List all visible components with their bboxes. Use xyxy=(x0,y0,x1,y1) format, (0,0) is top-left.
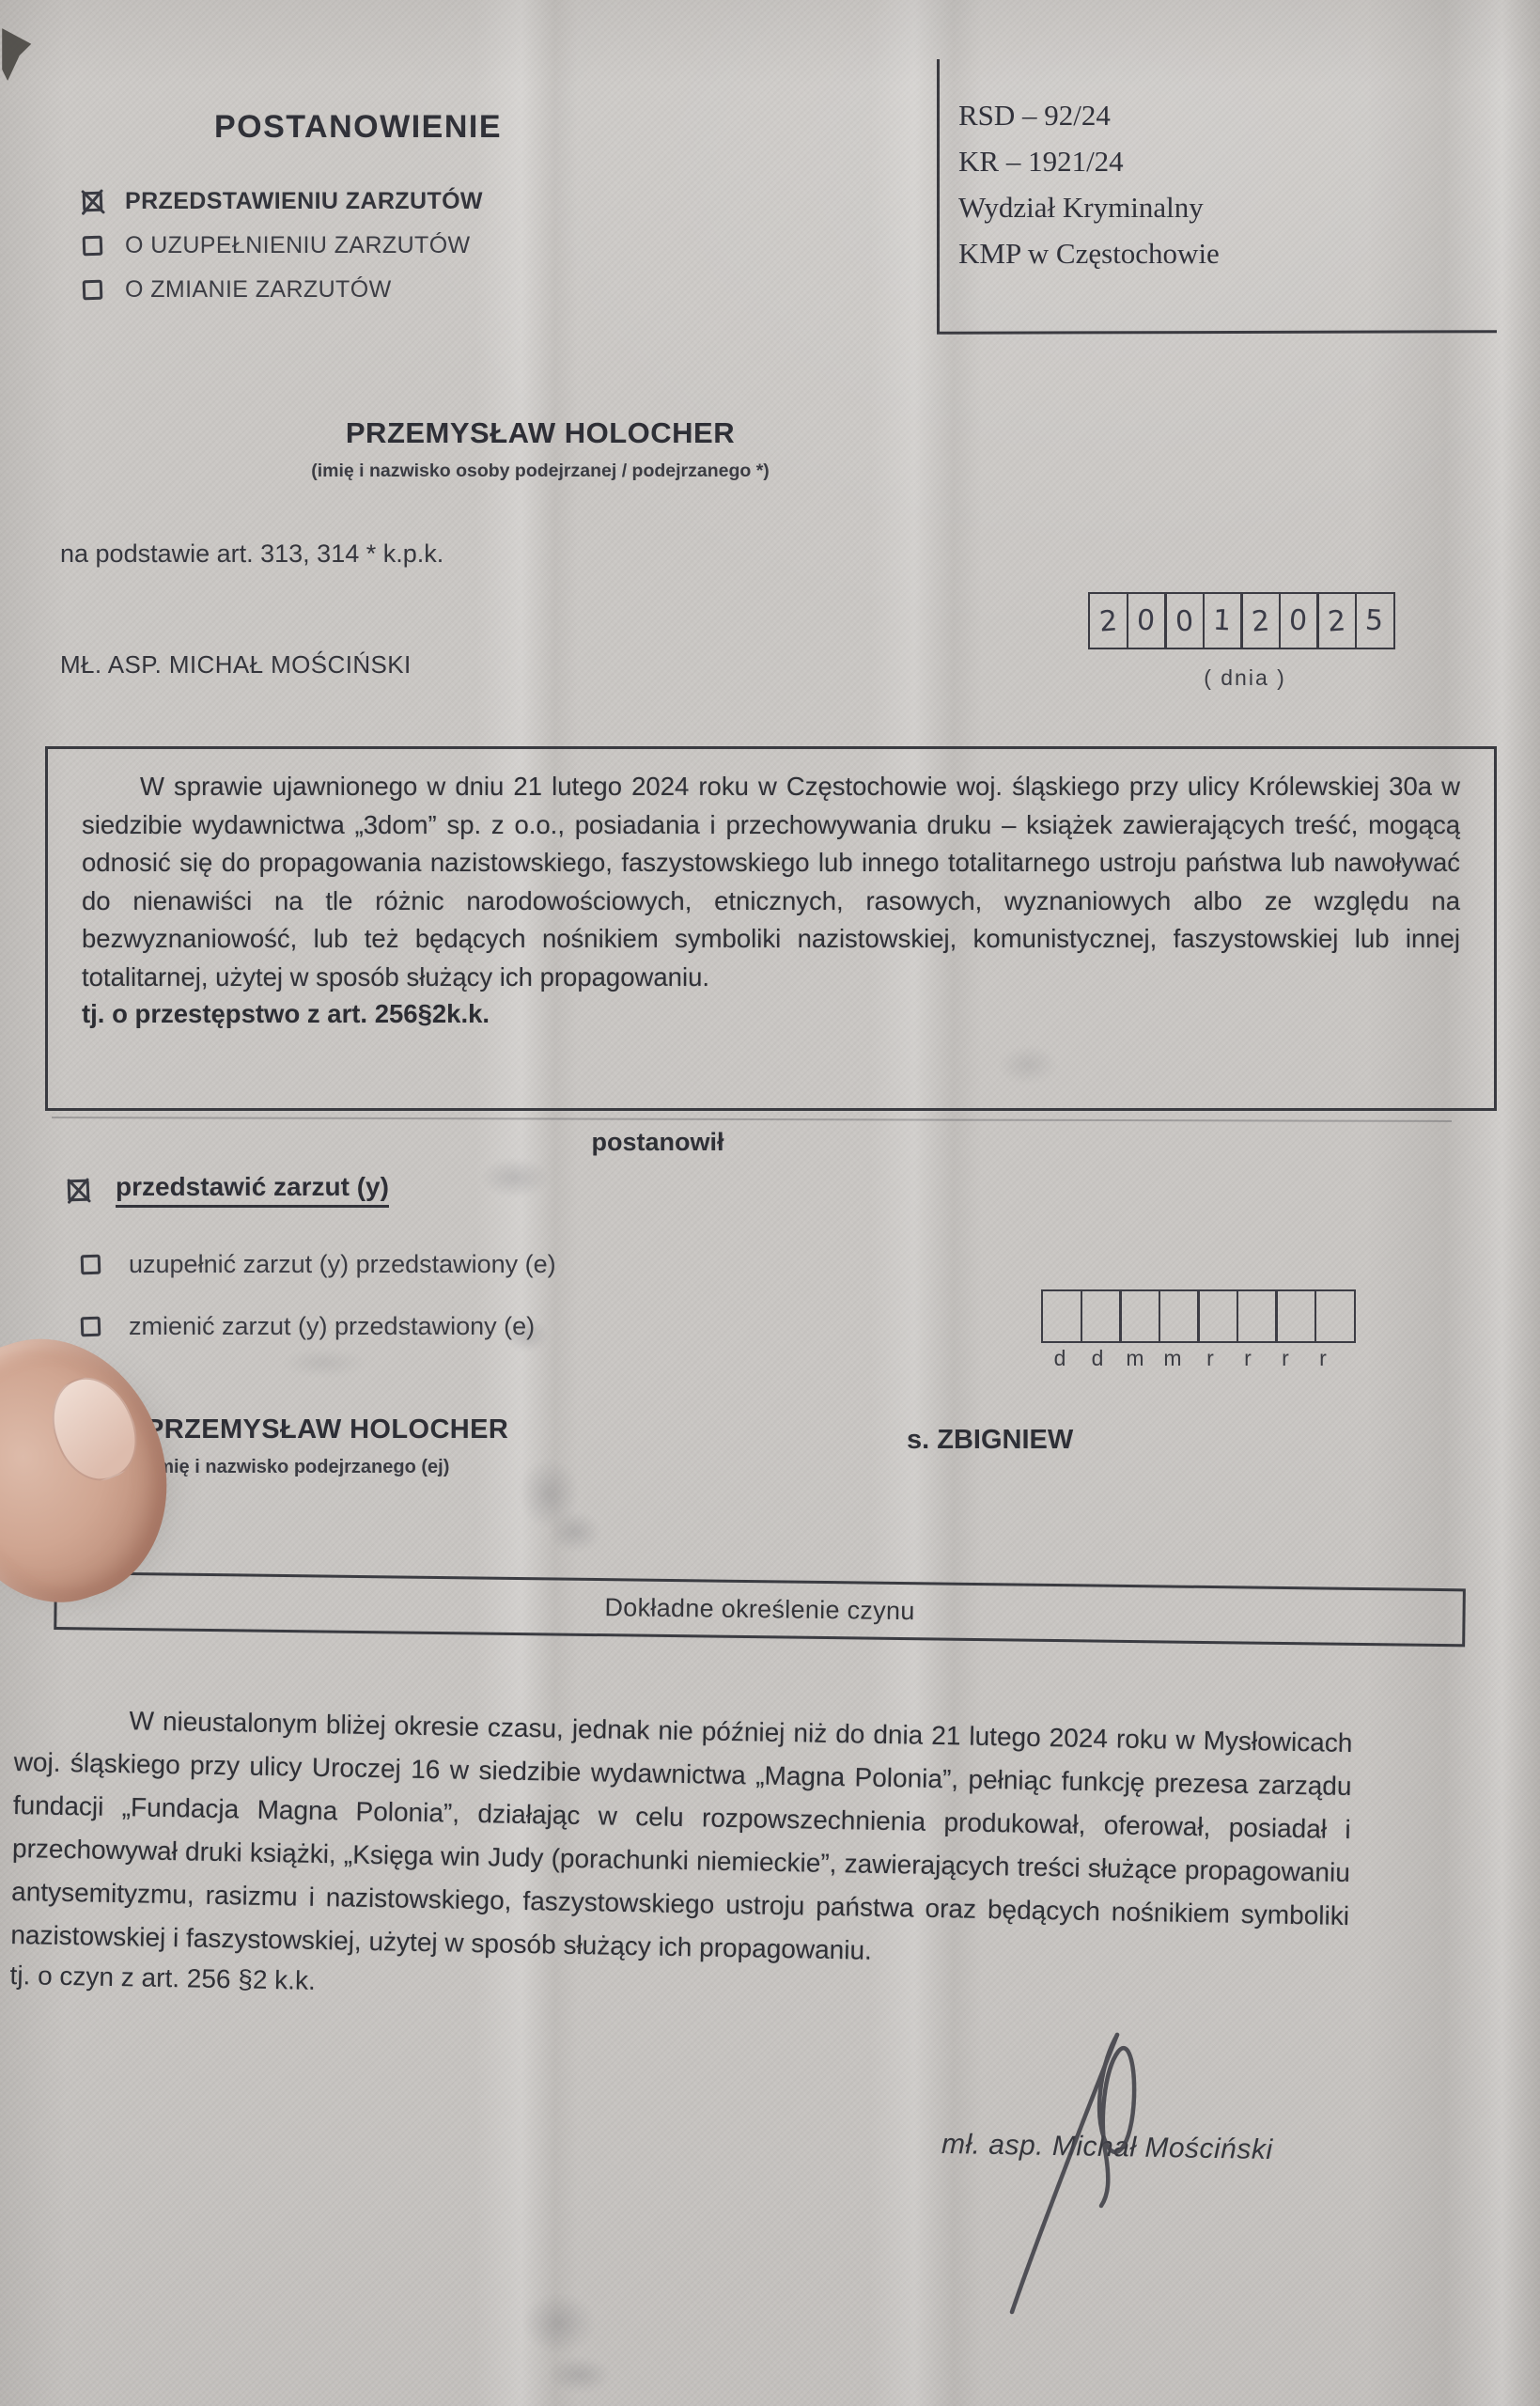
date-digit: 0 xyxy=(1137,604,1157,638)
option-row-przedstawienie: PRZEDSTAWIENIU ZARZUTÓW xyxy=(83,186,665,216)
case-reference-block: RSD – 92/24 KR – 1921/24 Wydział Krymina… xyxy=(958,92,1485,276)
checkbox-checked-icon xyxy=(83,191,103,211)
document-title: POSTANOWIENIE xyxy=(214,109,502,146)
father-name: s. ZBIGNIEW xyxy=(907,1425,1073,1456)
date-field-filled: 2 0 0 1 2 0 2 5 xyxy=(1088,592,1395,649)
corner-ink-mark xyxy=(2,28,34,81)
paper-edge-shadow xyxy=(0,0,66,2406)
suspect-name-caption: (imię i nazwisko osoby podejrzanej / pod… xyxy=(240,461,841,482)
date-blank-cell xyxy=(1237,1289,1278,1343)
date-blank-cell xyxy=(1041,1289,1082,1343)
date-digit-cell: 0 xyxy=(1164,592,1205,649)
charged-person-name: PRZEMYSŁAW HOLOCHER xyxy=(146,1414,508,1445)
act-description-text: W nieustalonym bliżej okresie czasu, jed… xyxy=(10,1697,1353,1981)
date-blank-cell xyxy=(1081,1289,1122,1343)
scan-smudge xyxy=(522,2293,596,2353)
case-description-box: W sprawie ujawnionego w dniu 21 lutego 2… xyxy=(45,746,1497,1111)
date-field-caption: ( dnia ) xyxy=(1109,665,1381,691)
date-digit: 5 xyxy=(1365,604,1385,638)
checkbox-empty-icon xyxy=(81,1255,101,1275)
scanned-document-photo: POSTANOWIENIE PRZEDSTAWIENIU ZARZUTÓW O … xyxy=(0,0,1540,2406)
checkbox-empty-icon xyxy=(81,1317,101,1337)
date-digit: 2 xyxy=(1251,604,1270,638)
act-definition-header-box: Dokładne określenie czynu xyxy=(54,1571,1466,1647)
case-description-text: W sprawie ujawnionego w dniu 21 lutego 2… xyxy=(82,768,1460,996)
date-blank-cell xyxy=(1159,1289,1200,1343)
handwritten-signature xyxy=(954,2007,1217,2321)
charged-person-caption: (imię i nazwisko podejrzanego (ej) xyxy=(146,1457,449,1478)
date-digit: 0 xyxy=(1174,604,1194,638)
option-label: PRZEDSTAWIENIU ZARZUTÓW xyxy=(125,188,483,215)
thumb-holding-paper xyxy=(0,1336,163,1601)
date-digit-cell: 2 xyxy=(1316,592,1357,649)
legal-basis: na podstawie art. 313, 314 * k.p.k. xyxy=(60,539,443,569)
officer-name: MŁ. ASP. MICHAŁ MOŚCIŃSKI xyxy=(60,650,412,680)
option-label: O ZMIANIE ZARZUTÓW xyxy=(125,276,392,304)
date-blank-labels: d d m m r r r r xyxy=(1041,1346,1342,1371)
scan-smudge xyxy=(481,1158,549,1197)
date-digit: 1 xyxy=(1213,604,1233,638)
decision-row-przedstawic: przedstawić zarzut (y) xyxy=(68,1172,389,1208)
decision-heading: postanowił xyxy=(282,1128,1034,1157)
scan-smudge xyxy=(549,1511,601,1553)
paper-edge-shadow xyxy=(1367,0,1540,2406)
date-unit-label: r xyxy=(1267,1346,1304,1371)
scan-smudge xyxy=(282,1349,366,1377)
date-blank-cell xyxy=(1197,1289,1238,1343)
unit-department: Wydział Kryminalny xyxy=(958,184,1485,230)
date-unit-label: r xyxy=(1229,1346,1267,1371)
date-digit-cell: 2 xyxy=(1088,592,1128,649)
decision-option-label: uzupełnić zarzut (y) przedstawiony (e) xyxy=(129,1250,556,1279)
date-unit-label: d xyxy=(1079,1346,1116,1371)
date-digit: 2 xyxy=(1327,604,1346,638)
checkbox-empty-icon xyxy=(83,279,103,300)
paper-top-shadow xyxy=(0,0,1540,85)
date-digit-cell: 0 xyxy=(1127,592,1167,649)
date-digit-cell: 2 xyxy=(1240,592,1281,649)
unit-name: KMP w Częstochowie xyxy=(958,230,1485,276)
date-blank-cell xyxy=(1275,1289,1316,1343)
scan-smudge xyxy=(519,1459,579,1528)
date-digit-cell: 1 xyxy=(1203,592,1243,649)
act-definition-heading: Dokładne określenie czynu xyxy=(604,1593,915,1626)
paper-fold-crease xyxy=(474,0,578,2406)
date-unit-label: m xyxy=(1116,1346,1154,1371)
scan-smudge xyxy=(549,2357,611,2393)
decision-row-uzupelnic: uzupełnić zarzut (y) przedstawiony (e) xyxy=(81,1250,556,1279)
checkbox-empty-icon xyxy=(83,235,103,256)
document-type-options: PRZEDSTAWIENIU ZARZUTÓW O UZUPEŁNIENIU Z… xyxy=(83,186,665,319)
option-row-uzupelnienie: O UZUPEŁNIENIU ZARZUTÓW xyxy=(83,230,665,260)
case-ref-divider-vertical xyxy=(937,59,940,334)
date-blank-cell xyxy=(1314,1289,1356,1343)
decision-option-label: przedstawić zarzut (y) xyxy=(116,1172,389,1208)
date-digit-cell: 0 xyxy=(1279,592,1319,649)
date-blank-cell xyxy=(1119,1289,1160,1343)
date-digit-cell: 5 xyxy=(1355,592,1395,649)
option-label: O UZUPEŁNIENIU ZARZUTÓW xyxy=(125,232,471,259)
case-ref-divider-horizontal xyxy=(937,330,1497,335)
scan-artifact-line xyxy=(52,1117,1452,1122)
date-unit-label: r xyxy=(1191,1346,1229,1371)
date-digit: 0 xyxy=(1289,604,1309,638)
decision-option-label: zmienić zarzut (y) przedstawiony (e) xyxy=(129,1312,535,1341)
checkbox-checked-icon xyxy=(68,1179,90,1201)
date-unit-label: d xyxy=(1041,1346,1079,1371)
act-description-block: W nieustalonym bliżej okresie czasu, jed… xyxy=(9,1697,1352,2015)
date-digit: 2 xyxy=(1098,604,1118,638)
suspect-name: PRZEMYSŁAW HOLOCHER xyxy=(240,416,841,450)
option-row-zmiana: O ZMIANIE ZARZUTÓW xyxy=(83,274,665,305)
case-number-kr: KR – 1921/24 xyxy=(958,138,1485,184)
date-unit-label: m xyxy=(1154,1346,1191,1371)
legal-qualification: tj. o przestępstwo z art. 256§2k.k. xyxy=(82,999,1460,1029)
case-number-rsd: RSD – 92/24 xyxy=(958,92,1485,138)
date-unit-label: r xyxy=(1304,1346,1342,1371)
date-field-blank xyxy=(1041,1289,1356,1343)
